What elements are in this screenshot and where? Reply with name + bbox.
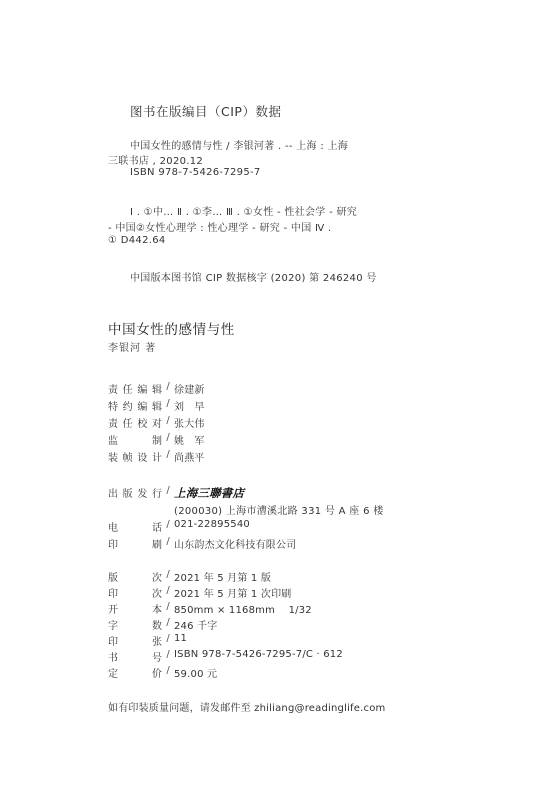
spec-row: 印 次/2021 年 5 月第 1 次印刷: [108, 585, 291, 600]
cip-heading: 图书在版编目（CIP）数据: [130, 102, 281, 120]
credit-label: 责任编辑: [108, 381, 162, 396]
separator: /: [162, 665, 174, 680]
publisher-address: (200030) 上海市漕溪北路 331 号 A 座 6 楼: [174, 502, 384, 517]
cip-line: 三联书店 , 2020.12: [108, 152, 203, 167]
spec-value: 11: [174, 633, 187, 648]
credit-row: 监 制/姚 军: [108, 432, 205, 447]
spec-value: 2021 年 5 月第 1 次印刷: [174, 585, 291, 600]
spec-row: 版 次/2021 年 5 月第 1 版: [108, 569, 271, 584]
credit-row: 特约编辑/刘 早: [108, 398, 205, 413]
cip-verification: 中国版本图书馆 CIP 数据核字 (2020) 第 246240 号: [130, 269, 377, 284]
spec-value: 246 千字: [174, 617, 217, 632]
printer-row: 印 刷/山东韵杰文化科技有限公司: [108, 536, 296, 551]
credit-value: 徐建新: [174, 381, 205, 396]
credit-row: 装帧设计/尚燕平: [108, 449, 205, 464]
separator: /: [162, 519, 174, 534]
separator: /: [162, 381, 174, 396]
separator: /: [162, 432, 174, 447]
credit-value: 刘 早: [174, 398, 205, 413]
credit-row: 责任编辑/徐建新: [108, 381, 205, 396]
spec-value: 2021 年 5 月第 1 版: [174, 569, 271, 584]
cip-line: 中国女性的感情与性 / 李银河著 . -- 上海 : 上海: [130, 137, 348, 152]
separator: /: [162, 485, 174, 501]
spec-label: 字 数: [108, 617, 162, 632]
credit-label: 监 制: [108, 432, 162, 447]
spec-label: 开 本: [108, 601, 162, 616]
cip-classification: ① D442.64: [108, 235, 166, 246]
spec-value: 59.00 元: [174, 665, 217, 680]
book-title: 中国女性的感情与性: [108, 318, 235, 338]
credit-label: 装帧设计: [108, 449, 162, 464]
spec-label: 印 次: [108, 585, 162, 600]
spec-row: 开 本/850mm × 1168mm 1/32: [108, 601, 312, 616]
printer-label: 印 刷: [108, 536, 162, 551]
cip-subject-line: - 中国②女性心理学 : 性心理学 - 研究 - 中国 Ⅳ .: [108, 219, 331, 234]
phone-label: 电 话: [108, 519, 162, 534]
spec-label: 书 号: [108, 649, 162, 664]
publisher-logo-name: 上海三聯書店: [174, 485, 244, 501]
spec-label: 定 价: [108, 665, 162, 680]
separator: /: [162, 449, 174, 464]
separator: /: [162, 536, 174, 551]
separator: /: [162, 398, 174, 413]
separator: /: [162, 601, 174, 616]
credit-row: 责任校对/张大伟: [108, 415, 205, 430]
printer-value: 山东韵杰文化科技有限公司: [174, 536, 296, 551]
quality-contact-note: 如有印装质量问题，请发邮件至 zhiliang@readinglife.com: [108, 699, 385, 714]
book-author: 李银河 著: [108, 339, 156, 354]
separator: /: [162, 569, 174, 584]
credit-label: 责任校对: [108, 415, 162, 430]
spec-label: 印 张: [108, 633, 162, 648]
separator: /: [162, 415, 174, 430]
cip-isbn: ISBN 978-7-5426-7295-7: [130, 167, 261, 178]
publisher-label: 出版发行: [108, 485, 162, 501]
phone-row: 电 话/021-22895540: [108, 519, 250, 534]
publisher-row: 出版发行/上海三聯書店: [108, 485, 244, 501]
spec-label: 版 次: [108, 569, 162, 584]
credit-value: 姚 军: [174, 432, 205, 447]
spec-row: 定 价/59.00 元: [108, 665, 217, 680]
separator: /: [162, 633, 174, 648]
separator: /: [162, 585, 174, 600]
credit-value: 张大伟: [174, 415, 205, 430]
spec-row: 印 张/11: [108, 633, 187, 648]
cip-subject-line: Ⅰ . ①中… Ⅱ . ①李… Ⅲ . ①女性 - 性社会学 - 研究: [130, 203, 357, 218]
separator: /: [162, 617, 174, 632]
spec-row: 字 数/246 千字: [108, 617, 217, 632]
separator: /: [162, 649, 174, 664]
spec-value: 850mm × 1168mm 1/32: [174, 601, 312, 616]
spec-value: ISBN 978-7-5426-7295-7/C · 612: [174, 649, 343, 664]
credit-value: 尚燕平: [174, 449, 205, 464]
credit-label: 特约编辑: [108, 398, 162, 413]
phone-value: 021-22895540: [174, 519, 250, 534]
spec-row: 书 号/ISBN 978-7-5426-7295-7/C · 612: [108, 649, 343, 664]
